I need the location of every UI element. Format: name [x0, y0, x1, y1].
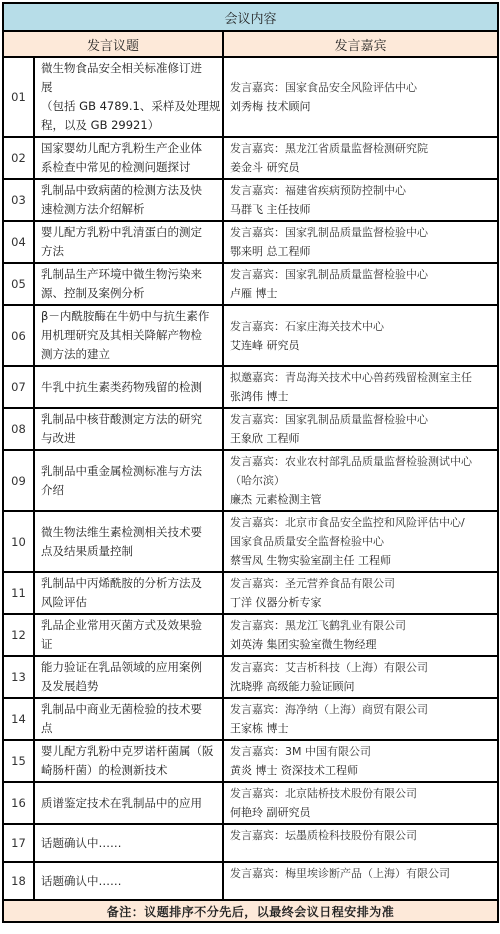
speaker-organization: 发言嘉宾：国家乳制品质量监督检验中心 [230, 223, 493, 242]
speaker-name: 张鸿伟 博士 [230, 387, 493, 406]
speaker-organization: 发言嘉宾：坛墨质检科技股份有限公司 [230, 826, 493, 845]
speaker-name: 沈晓骅 高级能力验证顾问 [230, 677, 493, 696]
speaker-organization: 发言嘉宾：黑龙江省质量监督检测研究院 [230, 139, 493, 158]
column-header-guest: 发言嘉宾 [223, 31, 498, 57]
topic-line: 话题确认中…… [41, 872, 218, 891]
topic-cell: 微生物法维生素检测相关技术要点及结果质量控制 [34, 511, 223, 572]
topic-line: β－内酰胺酶在牛奶中与抗生素作 [41, 307, 218, 326]
topic-line: 乳制品中丙烯酰胺的分析方法及 [41, 574, 218, 593]
row-number: 01 [3, 57, 34, 137]
topic-cell: 能力验证在乳品领域的应用案例及发展趋势 [34, 656, 223, 698]
table-title: 会议内容 [3, 3, 498, 31]
topic-line: 展 [41, 78, 218, 97]
topic-line: 能力验证在乳品领域的应用案例 [41, 658, 218, 677]
topic-line: 乳制品中商业无菌检验的技术要 [41, 700, 218, 719]
table-row: 10微生物法维生素检测相关技术要点及结果质量控制发言嘉宾：北京市食品安全监控和风… [3, 511, 498, 572]
title-row: 会议内容 [3, 3, 498, 31]
table-row: 16质谱鉴定技术在乳制品中的应用发言嘉宾：北京陆桥技术股份有限公司何艳玲 副研究… [3, 782, 498, 824]
topic-cell: 话题确认中…… [34, 862, 223, 900]
agenda-table: 会议内容 发言议题 发言嘉宾 01微生物食品安全相关标准修订进展（包括 GB 4… [2, 2, 499, 923]
guest-cell: 发言嘉宾：福建省疾病预防控制中心马群飞 主任技师 [223, 179, 498, 221]
speaker-name: 姜金斗 研究员 [230, 158, 493, 177]
table-row: 05乳制品生产环境中微生物污染来源、控制及案例分析发言嘉宾：国家乳制品质量监督检… [3, 263, 498, 305]
speaker-name: 马群飞 主任技师 [230, 200, 493, 219]
topic-line: 测方法的建立 [41, 345, 218, 364]
topic-line: 用机理研究及其相关降解产物检 [41, 326, 218, 345]
speaker-name: 鄂来明 总工程师 [230, 242, 493, 261]
speaker-organization: 国家食品质量安全监督检验中心 [230, 532, 493, 551]
topic-line: 牛乳中抗生素类药物残留的检测 [41, 378, 218, 397]
guest-cell: 发言嘉宾：国家乳制品质量监督检验中心王象欣 工程师 [223, 408, 498, 450]
topic-cell: 话题确认中…… [34, 824, 223, 862]
speaker-organization: 发言嘉宾：石家庄海关技术中心 [230, 317, 493, 336]
row-number: 04 [3, 221, 34, 263]
column-header-topic: 发言议题 [3, 31, 223, 57]
table-row: 18话题确认中……发言嘉宾：梅里埃诊断产品（上海）有限公司 [3, 862, 498, 900]
guest-cell: 发言嘉宾：圣元营养食品有限公司丁洋 仪器分析专家 [223, 572, 498, 614]
guest-cell: 发言嘉宾：黑龙江省质量监督检测研究院姜金斗 研究员 [223, 137, 498, 179]
speaker-organization: 发言嘉宾：福建省疾病预防控制中心 [230, 181, 493, 200]
topic-line: 婴儿配方乳粉中克罗诺杆菌属（阪 [41, 742, 218, 761]
table-row: 17话题确认中……发言嘉宾：坛墨质检科技股份有限公司 [3, 824, 498, 862]
conference-agenda: 会议内容 发言议题 发言嘉宾 01微生物食品安全相关标准修订进展（包括 GB 4… [2, 2, 497, 923]
table-row: 13能力验证在乳品领域的应用案例及发展趋势发言嘉宾：艾吉析科技（上海）有限公司沈… [3, 656, 498, 698]
speaker-name: 艾连峰 研究员 [230, 336, 493, 355]
guest-cell: 发言嘉宾：国家乳制品质量监督检验中心卢雁 博士 [223, 263, 498, 305]
speaker-organization: 发言嘉宾：北京陆桥技术股份有限公司 [230, 784, 493, 803]
topic-line: 风险评估 [41, 593, 218, 612]
topic-line: 系检查中常见的检测问题探讨 [41, 158, 218, 177]
speaker-name: 刘秀梅 技术顾问 [230, 97, 493, 116]
topic-cell: 乳制品中重金属检测标准与方法介绍 [34, 450, 223, 511]
topic-line: 及发展趋势 [41, 677, 218, 696]
topic-cell: β－内酰胺酶在牛奶中与抗生素作用机理研究及其相关降解产物检测方法的建立 [34, 305, 223, 366]
topic-line: 乳制品生产环境中微生物污染来 [41, 265, 218, 284]
guest-cell: 发言嘉宾：黑龙江飞鹤乳业有限公司刘英涛 集团实验室微生物经理 [223, 614, 498, 656]
speaker-organization: 发言嘉宾：海净纳（上海）商贸有限公司 [230, 700, 493, 719]
topic-line: 与改进 [41, 429, 218, 448]
row-number: 13 [3, 656, 34, 698]
topic-line: 方法 [41, 242, 218, 261]
topic-line: 源、控制及案例分析 [41, 284, 218, 303]
topic-line: 乳制品中致病菌的检测方法及快 [41, 181, 218, 200]
topic-cell: 婴儿配方乳粉中乳清蛋白的测定方法 [34, 221, 223, 263]
row-number: 03 [3, 179, 34, 221]
table-row: 03乳制品中致病菌的检测方法及快速检测方法介绍解析发言嘉宾：福建省疾病预防控制中… [3, 179, 498, 221]
row-number: 02 [3, 137, 34, 179]
table-row: 15婴儿配方乳粉中克罗诺杆菌属（阪崎肠杆菌）的检测新技术发言嘉宾：3M 中国有限… [3, 740, 498, 782]
table-row: 02国家婴幼儿配方乳粉生产企业体系检查中常见的检测问题探讨发言嘉宾：黑龙江省质量… [3, 137, 498, 179]
topic-cell: 乳品企业常用灭菌方式及效果验证 [34, 614, 223, 656]
speaker-name: 王家栋 博士 [230, 719, 493, 738]
speaker-organization: 发言嘉宾：国家乳制品质量监督检验中心 [230, 410, 493, 429]
guest-cell: 发言嘉宾：石家庄海关技术中心艾连峰 研究员 [223, 305, 498, 366]
row-number: 05 [3, 263, 34, 305]
speaker-name: 王象欣 工程师 [230, 429, 493, 448]
guest-cell: 发言嘉宾：北京陆桥技术股份有限公司何艳玲 副研究员 [223, 782, 498, 824]
speaker-organization: 发言嘉宾：国家乳制品质量监督检验中心 [230, 265, 493, 284]
speaker-organization: 发言嘉宾：国家食品安全风险评估中心 [230, 78, 493, 97]
topic-line: 乳制品中重金属检测标准与方法 [41, 462, 218, 481]
topic-cell: 乳制品生产环境中微生物污染来源、控制及案例分析 [34, 263, 223, 305]
table-row: 08乳制品中核苷酸测定方法的研究与改进发言嘉宾：国家乳制品质量监督检验中心王象欣… [3, 408, 498, 450]
speaker-name: 卢雁 博士 [230, 284, 493, 303]
speaker-name: 蔡雪凤 生物实验室副主任 工程师 [230, 551, 493, 570]
guest-cell: 发言嘉宾：坛墨质检科技股份有限公司 [223, 824, 498, 862]
speaker-name: 刘英涛 集团实验室微生物经理 [230, 635, 493, 654]
speaker-organization: 发言嘉宾：3M 中国有限公司 [230, 742, 493, 761]
table-row: 12乳品企业常用灭菌方式及效果验证发言嘉宾：黑龙江飞鹤乳业有限公司刘英涛 集团实… [3, 614, 498, 656]
topic-cell: 乳制品中核苷酸测定方法的研究与改进 [34, 408, 223, 450]
row-number: 12 [3, 614, 34, 656]
topic-cell: 微生物食品安全相关标准修订进展（包括 GB 4789.1、采样及处理规程，以及 … [34, 57, 223, 137]
topic-line: 乳品企业常用灭菌方式及效果验 [41, 616, 218, 635]
topic-cell: 国家婴幼儿配方乳粉生产企业体系检查中常见的检测问题探讨 [34, 137, 223, 179]
topic-line: 点 [41, 719, 218, 738]
speaker-organization: 拟邀嘉宾：青岛海关技术中心兽药残留检测室主任 [230, 368, 493, 387]
topic-cell: 乳制品中商业无菌检验的技术要点 [34, 698, 223, 740]
table-row: 09乳制品中重金属检测标准与方法介绍发言嘉宾：农业农村部乳品质量监督检验测试中心… [3, 450, 498, 511]
topic-cell: 婴儿配方乳粉中克罗诺杆菌属（阪崎肠杆菌）的检测新技术 [34, 740, 223, 782]
note-row: 备注：议题排序不分先后，以最终会议日程安排为准 [3, 900, 498, 922]
speaker-name: 何艳玲 副研究员 [230, 803, 493, 822]
guest-cell: 发言嘉宾：农业农村部乳品质量监督检验测试中心（哈尔滨）廉杰 元素检测主管 [223, 450, 498, 511]
guest-cell: 拟邀嘉宾：青岛海关技术中心兽药残留检测室主任张鸿伟 博士 [223, 366, 498, 408]
topic-line: 国家婴幼儿配方乳粉生产企业体 [41, 139, 218, 158]
topic-line: 程，以及 GB 29921） [41, 116, 218, 135]
topic-line: 婴儿配方乳粉中乳清蛋白的测定 [41, 223, 218, 242]
guest-cell: 发言嘉宾：艾吉析科技（上海）有限公司沈晓骅 高级能力验证顾问 [223, 656, 498, 698]
topic-line: 乳制品中核苷酸测定方法的研究 [41, 410, 218, 429]
topic-line: 速检测方法介绍解析 [41, 200, 218, 219]
table-row: 07牛乳中抗生素类药物残留的检测拟邀嘉宾：青岛海关技术中心兽药残留检测室主任张鸿… [3, 366, 498, 408]
topic-cell: 质谱鉴定技术在乳制品中的应用 [34, 782, 223, 824]
table-row: 11乳制品中丙烯酰胺的分析方法及风险评估发言嘉宾：圣元营养食品有限公司丁洋 仪器… [3, 572, 498, 614]
topic-line: 质谱鉴定技术在乳制品中的应用 [41, 794, 218, 813]
row-number: 09 [3, 450, 34, 511]
footnote: 备注：议题排序不分先后，以最终会议日程安排为准 [3, 900, 498, 922]
table-row: 14乳制品中商业无菌检验的技术要点发言嘉宾：海净纳（上海）商贸有限公司王家栋 博… [3, 698, 498, 740]
row-number: 07 [3, 366, 34, 408]
topic-line: 崎肠杆菌）的检测新技术 [41, 761, 218, 780]
speaker-organization: 发言嘉宾：农业农村部乳品质量监督检验测试中心 [230, 452, 493, 471]
speaker-organization: 发言嘉宾：黑龙江飞鹤乳业有限公司 [230, 616, 493, 635]
speaker-name: 丁洋 仪器分析专家 [230, 593, 493, 612]
speaker-organization: 发言嘉宾：艾吉析科技（上海）有限公司 [230, 658, 493, 677]
table-row: 06β－内酰胺酶在牛奶中与抗生素作用机理研究及其相关降解产物检测方法的建立发言嘉… [3, 305, 498, 366]
speaker-organization: 发言嘉宾：梅里埃诊断产品（上海）有限公司 [230, 864, 493, 883]
topic-line: （包括 GB 4789.1、采样及处理规 [41, 97, 218, 116]
row-number: 16 [3, 782, 34, 824]
row-number: 06 [3, 305, 34, 366]
topic-line: 证 [41, 635, 218, 654]
topic-line: 话题确认中…… [41, 834, 218, 853]
row-number: 15 [3, 740, 34, 782]
speaker-organization: 发言嘉宾：北京市食品安全监控和风险评估中心/ [230, 513, 493, 532]
topic-cell: 牛乳中抗生素类药物残留的检测 [34, 366, 223, 408]
guest-cell: 发言嘉宾：海净纳（上海）商贸有限公司王家栋 博士 [223, 698, 498, 740]
table-row: 01微生物食品安全相关标准修订进展（包括 GB 4789.1、采样及处理规程，以… [3, 57, 498, 137]
speaker-name: 廉杰 元素检测主管 [230, 490, 493, 509]
guest-cell: 发言嘉宾：国家乳制品质量监督检验中心鄂来明 总工程师 [223, 221, 498, 263]
speaker-organization: （哈尔滨） [230, 471, 493, 490]
speaker-name: 黄炎 博士 资深技术工程师 [230, 761, 493, 780]
topic-line: 微生物法维生素检测相关技术要 [41, 523, 218, 542]
row-number: 11 [3, 572, 34, 614]
topic-line: 介绍 [41, 481, 218, 500]
guest-cell: 发言嘉宾：国家食品安全风险评估中心刘秀梅 技术顾问 [223, 57, 498, 137]
topic-cell: 乳制品中丙烯酰胺的分析方法及风险评估 [34, 572, 223, 614]
guest-cell: 发言嘉宾：梅里埃诊断产品（上海）有限公司 [223, 862, 498, 900]
guest-cell: 发言嘉宾：北京市食品安全监控和风险评估中心/国家食品质量安全监督检验中心蔡雪凤 … [223, 511, 498, 572]
topic-line: 微生物食品安全相关标准修订进 [41, 59, 218, 78]
row-number: 17 [3, 824, 34, 862]
row-number: 14 [3, 698, 34, 740]
topic-cell: 乳制品中致病菌的检测方法及快速检测方法介绍解析 [34, 179, 223, 221]
row-number: 10 [3, 511, 34, 572]
row-number: 18 [3, 862, 34, 900]
topic-line: 点及结果质量控制 [41, 542, 218, 561]
speaker-organization: 发言嘉宾：圣元营养食品有限公司 [230, 574, 493, 593]
guest-cell: 发言嘉宾：3M 中国有限公司黄炎 博士 资深技术工程师 [223, 740, 498, 782]
table-row: 04婴儿配方乳粉中乳清蛋白的测定方法发言嘉宾：国家乳制品质量监督检验中心鄂来明 … [3, 221, 498, 263]
header-row: 发言议题 发言嘉宾 [3, 31, 498, 57]
row-number: 08 [3, 408, 34, 450]
